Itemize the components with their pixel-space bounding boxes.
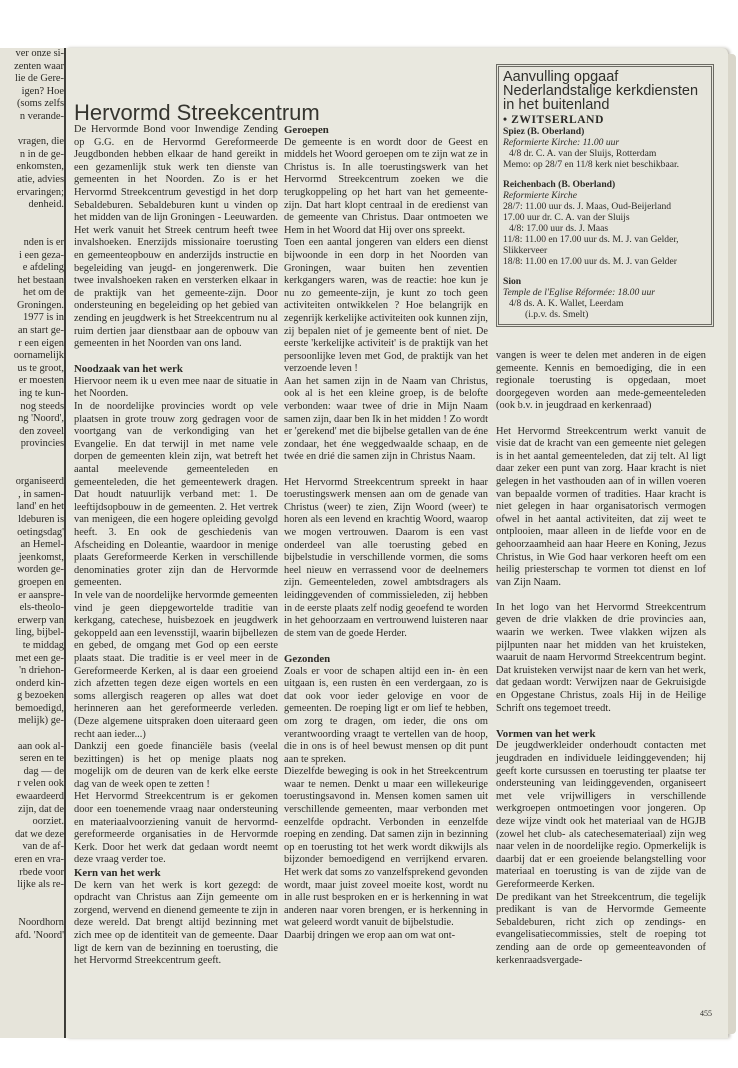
service-line: [503, 170, 707, 179]
service-line: Temple de l'Eglise Réformée: 18.00 uur: [503, 287, 707, 298]
previous-page-fragment: g bezoeken: [0, 690, 64, 703]
previous-page-fragment: nden is er: [0, 237, 64, 250]
previous-page-fragment: eren en vra-: [0, 854, 64, 867]
previous-page-fragment: den zoveel: [0, 426, 64, 439]
previous-page-fragment: [0, 892, 64, 905]
section-heading: Vormen van het werk: [496, 728, 706, 741]
previous-page-fragment: vragen, die: [0, 136, 64, 149]
sidebar-box-entries: Spiez (B. Oberland)Reformierte Kirche: 1…: [503, 126, 707, 320]
service-line: [503, 267, 707, 276]
previous-page-fragment: ldeburen is: [0, 514, 64, 527]
previous-page-fragment: aan ook al-: [0, 741, 64, 754]
previous-page-fragment: groepen en: [0, 577, 64, 590]
paragraph: De gemeente is en wordt door de Geest en…: [284, 137, 488, 238]
previous-page-fragment: oetingsdag': [0, 527, 64, 540]
previous-page-fragment: [0, 451, 64, 464]
paragraph: Zoals er voor de schapen altijd een in- …: [284, 666, 488, 767]
previous-page-fragment: van de af-: [0, 841, 64, 854]
previous-page-fragment: het bestaan: [0, 275, 64, 288]
previous-page-fragment: els-theolo-: [0, 602, 64, 615]
paragraph: De predikant van het Streekcentrum, die …: [496, 892, 706, 968]
paragraph: vangen is weer te delen met anderen in d…: [496, 350, 706, 413]
previous-page-fragment: het om de: [0, 287, 64, 300]
spacer: [284, 640, 488, 653]
paragraph: De Hervormde Bond voor Inwendige Zending…: [74, 124, 278, 351]
article-column-3: vangen is weer te delen met anderen in d…: [496, 350, 706, 967]
previous-page-fragment: igen? Hoe: [0, 86, 64, 99]
previous-page-fragment: enkomsten,: [0, 161, 64, 174]
sidebar-box-country: • ZWITSERLAND: [503, 114, 707, 126]
previous-page-fragment: rbede voor: [0, 867, 64, 880]
previous-page-fragment: ver onze si-: [0, 48, 64, 61]
paragraph: Het Hervormd Streekcentrum is er gekomen…: [74, 791, 278, 867]
location-heading: Spiez (B. Oberland): [503, 126, 707, 137]
service-line: 4/8: 17.00 uur ds. J. Maas: [503, 223, 707, 234]
previous-page-fragment: organiseerd: [0, 476, 64, 489]
previous-page-fragment: an Hemel-: [0, 539, 64, 552]
previous-page-fragment: zijn, dat de: [0, 804, 64, 817]
previous-page-fragment: [0, 464, 64, 477]
previous-page-fragment: nog steeds: [0, 401, 64, 414]
previous-page-fragment: oorziet.: [0, 816, 64, 829]
sidebar-box-title: Aanvulling opgaaf Nederlandstalige kerkd…: [503, 70, 707, 112]
article-column-1: De Hervormde Bond voor Inwendige Zending…: [74, 124, 278, 968]
previous-page-fragment: Noordhorn: [0, 917, 64, 930]
previous-page-fragment: [0, 124, 64, 137]
paragraph: Hiervoor neem ik u even mee naar de situ…: [74, 376, 278, 401]
previous-page-fragment: lie de Gere-: [0, 73, 64, 86]
previous-page-fragment: er moesten: [0, 375, 64, 388]
paragraph: De jeugdwerkleider onderhoudt contacten …: [496, 740, 706, 891]
previous-page-fragment: r velen ook: [0, 778, 64, 791]
previous-page-fragment: te middag: [0, 640, 64, 653]
paragraph: Diezelfde beweging is ook in het Streekc…: [284, 766, 488, 930]
previous-page-fragment: dat we deze: [0, 829, 64, 842]
previous-page-fragment: er aanspre-: [0, 590, 64, 603]
spacer: [496, 715, 706, 728]
previous-page-fragment: erwerp van: [0, 615, 64, 628]
spacer: [496, 413, 706, 426]
service-line: 11/8: 11.00 en 17.00 uur ds. M. J. van G…: [503, 234, 707, 256]
previous-page-fragment: provincies: [0, 438, 64, 451]
service-line: 4/8 ds. A. K. Wallet, Leerdam: [503, 298, 707, 309]
spacer: [284, 464, 488, 477]
section-heading: Geroepen: [284, 124, 488, 137]
previous-page-fragment: [0, 224, 64, 237]
previous-page-fragment: [0, 212, 64, 225]
previous-page-fragment: dag — de: [0, 766, 64, 779]
previous-page-fragment: Groningen.: [0, 300, 64, 313]
article-column-2: GeroepenDe gemeente is en wordt door de …: [284, 124, 488, 943]
previous-page-fragment: ervaringen;: [0, 187, 64, 200]
previous-page-fragment: met een ge-: [0, 653, 64, 666]
previous-page-fragment: lijke als re-: [0, 879, 64, 892]
previous-page-fragment: ling, bijbel-: [0, 627, 64, 640]
previous-page-fragment: 'n driehon-: [0, 665, 64, 678]
previous-page-fragment: ewaardeerd: [0, 791, 64, 804]
paragraph: Het Hervormd Streekcentrum werkt vanuit …: [496, 426, 706, 590]
paragraph: Aan het samen zijn in de Naam van Christ…: [284, 376, 488, 464]
service-line: 4/8 dr. C. A. van der Sluijs, Rotterdam: [503, 148, 707, 159]
sidebar-box-church-services: Aanvulling opgaaf Nederlandstalige kerkd…: [496, 64, 714, 327]
article-title: Hervormd Streekcentrum: [74, 100, 320, 126]
section-heading: Gezonden: [284, 653, 488, 666]
previous-page-fragment: e afdeling: [0, 262, 64, 275]
paragraph: Daarbij dringen we erop aan om wat ont-: [284, 930, 488, 943]
section-heading: Kern van het werk: [74, 867, 278, 880]
paragraph: In het logo van het Hervormd Streekcentr…: [496, 602, 706, 715]
paragraph: De kern van het werk is kort gezegd: de …: [74, 880, 278, 968]
previous-page-fragment: [0, 728, 64, 741]
previous-page-fragment: i een geza-: [0, 250, 64, 263]
previous-page-fragment: n in de ge-: [0, 149, 64, 162]
previous-page-fragment: oornamelijk: [0, 350, 64, 363]
previous-page-fragment: (soms zelfs: [0, 98, 64, 111]
paragraph: Dankzij een goede financiële basis (veel…: [74, 741, 278, 791]
previous-page-fragment: an start ge-: [0, 325, 64, 338]
service-line: Reformierte Kirche: [503, 190, 707, 201]
spacer: [496, 589, 706, 602]
paragraph: In vele van de noordelijke hervormde gem…: [74, 590, 278, 741]
previous-page-fragment: , in samen-: [0, 489, 64, 502]
previous-page-fragment: r een eigen: [0, 338, 64, 351]
previous-page-text: ver onze si-zenten waarlie de Gere-igen?…: [0, 48, 64, 942]
paragraph: Het Hervormd Streekcentrum spreekt in ha…: [284, 477, 488, 641]
service-line: 18/8: 11.00 en 17.00 uur ds. M. J. van G…: [503, 256, 707, 267]
service-line: (i.p.v. ds. Smelt): [503, 309, 707, 320]
previous-page-fragment: seren en te: [0, 753, 64, 766]
magazine-page: Hervormd Streekcentrum De Hervormde Bond…: [66, 48, 728, 1038]
previous-page-fragment: denheid.: [0, 199, 64, 212]
service-line: Memo: op 28/7 en 11/8 kerk niet beschikb…: [503, 159, 707, 170]
previous-page-fragment: 1977 is in: [0, 312, 64, 325]
previous-page-fragment: bemoedigd,: [0, 703, 64, 716]
page-number: 455: [700, 1009, 712, 1018]
location-heading: Reichenbach (B. Oberland): [503, 179, 707, 190]
section-heading: Noodzaak van het werk: [74, 363, 278, 376]
previous-page-fragment: afd. 'Noord': [0, 930, 64, 943]
previous-page-fragment: atie, advies: [0, 174, 64, 187]
previous-page-fragment: land' en het: [0, 501, 64, 514]
service-line: Reformierte Kirche: 11.00 uur: [503, 137, 707, 148]
previous-page-fragment: ng 'Noord',: [0, 413, 64, 426]
paragraph: Toen een aantal jongeren van elders een …: [284, 237, 488, 376]
previous-page-fragment: melijk) ge-: [0, 715, 64, 728]
previous-page-fragment: worden ge-: [0, 564, 64, 577]
service-line: 28/7: 11.00 uur ds. J. Maas, Oud-Beijerl…: [503, 201, 707, 212]
service-line: 17.00 uur dr. C. A. van der Sluijs: [503, 212, 707, 223]
previous-page-fragment: zenten waar: [0, 61, 64, 74]
previous-page-edge: ver onze si-zenten waarlie de Gere-igen?…: [0, 48, 66, 1038]
previous-page-fragment: [0, 904, 64, 917]
previous-page-fragment: us te groot,: [0, 363, 64, 376]
previous-page-fragment: n verande-: [0, 111, 64, 124]
previous-page-fragment: ing te kun-: [0, 388, 64, 401]
spacer: [74, 351, 278, 364]
previous-page-fragment: onderd kin-: [0, 678, 64, 691]
paragraph: In de noordelijke provincies wordt op ve…: [74, 401, 278, 590]
location-heading: Sion: [503, 276, 707, 287]
previous-page-fragment: jeenkomst,: [0, 552, 64, 565]
